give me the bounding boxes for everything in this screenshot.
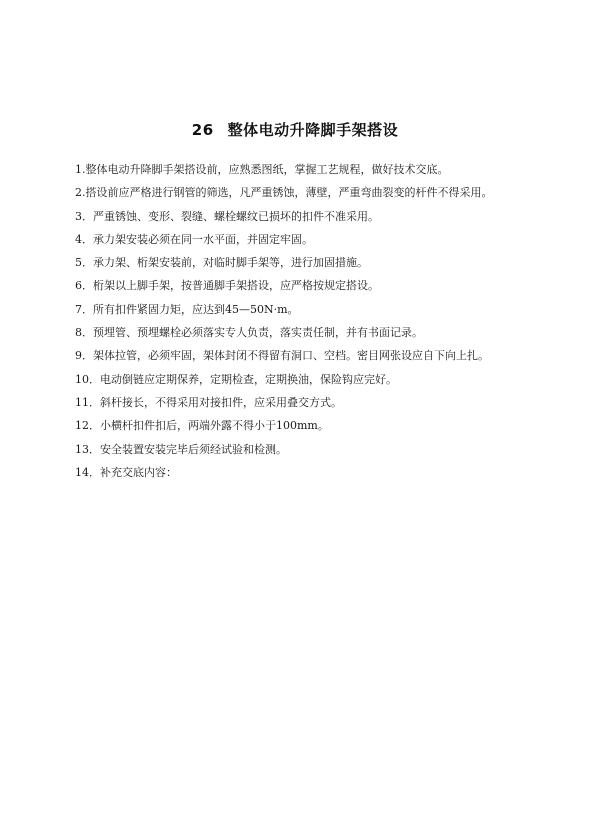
list-item: 6．桁架以上脚手架，按普通脚手架搭设，应严格按规定搭设。 xyxy=(75,274,515,297)
item-text: 电动倒链应定期保养，定期检查，定期换油，保险钩应完好。 xyxy=(100,373,397,386)
item-text: 搭设前应严格进行钢管的筛选，凡严重锈蚀，薄壁，严重弯曲裂变的杆件不得采用。 xyxy=(86,186,493,199)
item-text: 整体电动升降脚手架搭设前，应熟悉图纸，掌握工艺规程，做好技术交底。 xyxy=(86,163,449,176)
list-item: 2.搭设前应严格进行钢管的筛选，凡严重锈蚀，薄壁，严重弯曲裂变的杆件不得采用。 xyxy=(75,181,515,204)
list-item: 1.整体电动升降脚手架搭设前，应熟悉图纸，掌握工艺规程，做好技术交底。 xyxy=(75,158,515,181)
item-text: 安全装置安装完毕后须经试验和检测。 xyxy=(100,443,287,456)
page-title: 26整体电动升降脚手架搭设 xyxy=(0,119,590,140)
item-index: 12． xyxy=(75,419,100,432)
item-index: 14． xyxy=(75,466,100,479)
document-page: 26整体电动升降脚手架搭设 1.整体电动升降脚手架搭设前，应熟悉图纸，掌握工艺规… xyxy=(0,0,590,835)
item-index: 10． xyxy=(75,373,100,386)
item-index: 8． xyxy=(75,326,93,339)
item-text: 承力架、桁架安装前，对临时脚手架等，进行加固措施。 xyxy=(93,256,368,269)
list-item: 11．斜杆接长，不得采用对接扣件，应采用叠交方式。 xyxy=(75,391,515,414)
list-item: 14．补充交底内容： xyxy=(75,461,515,484)
item-index: 3． xyxy=(75,210,93,223)
list-item: 7．所有扣件紧固力矩，应达到45—50N·m。 xyxy=(75,298,515,321)
list-item: 10．电动倒链应定期保养，定期检查，定期换油，保险钩应完好。 xyxy=(75,368,515,391)
list-item: 5．承力架、桁架安装前，对临时脚手架等，进行加固措施。 xyxy=(75,251,515,274)
item-text: 所有扣件紧固力矩，应达到45—50N·m。 xyxy=(93,303,299,316)
list-item: 4．承力架安装必须在同一水平面，并固定牢固。 xyxy=(75,228,515,251)
item-index: 4． xyxy=(75,233,93,246)
item-index: 7． xyxy=(75,303,93,316)
item-text: 承力架安装必须在同一水平面，并固定牢固。 xyxy=(93,233,313,246)
item-text: 预埋管、预埋螺栓必须落实专人负责，落实责任制，并有书面记录。 xyxy=(93,326,423,339)
item-text: 小横杆扣件扣后，两端外露不得小于100mm。 xyxy=(100,419,329,432)
item-index: 6． xyxy=(75,279,93,292)
list-item: 8．预埋管、预埋螺栓必须落实专人负责，落实责任制，并有书面记录。 xyxy=(75,321,515,344)
list-item: 9．架体拉管，必须牢固，架体封闭不得留有洞口、空档。密目网张设应自下向上扎。 xyxy=(75,344,515,367)
requirements-list: 1.整体电动升降脚手架搭设前，应熟悉图纸，掌握工艺规程，做好技术交底。 2.搭设… xyxy=(75,158,515,484)
item-index: 13． xyxy=(75,443,100,456)
item-text: 架体拉管，必须牢固，架体封闭不得留有洞口、空档。密目网张设应自下向上扎。 xyxy=(93,349,489,362)
item-index: 9． xyxy=(75,349,93,362)
list-item: 12．小横杆扣件扣后，两端外露不得小于100mm。 xyxy=(75,414,515,437)
item-index: 5． xyxy=(75,256,93,269)
item-text: 严重锈蚀、变形、裂缝、螺栓螺纹已损坏的扣件不准采用。 xyxy=(93,210,379,223)
list-item: 3．严重锈蚀、变形、裂缝、螺栓螺纹已损坏的扣件不准采用。 xyxy=(75,205,515,228)
item-text: 桁架以上脚手架，按普通脚手架搭设，应严格按规定搭设。 xyxy=(93,279,379,292)
section-number: 26 xyxy=(192,121,214,139)
item-index: 2. xyxy=(75,186,86,199)
item-index: 1. xyxy=(75,163,86,176)
list-item: 13．安全装置安装完毕后须经试验和检测。 xyxy=(75,438,515,461)
item-text: 补充交底内容： xyxy=(100,466,177,479)
item-index: 11． xyxy=(75,396,100,409)
item-text: 斜杆接长，不得采用对接扣件，应采用叠交方式。 xyxy=(100,396,342,409)
section-title: 整体电动升降脚手架搭设 xyxy=(228,121,399,139)
